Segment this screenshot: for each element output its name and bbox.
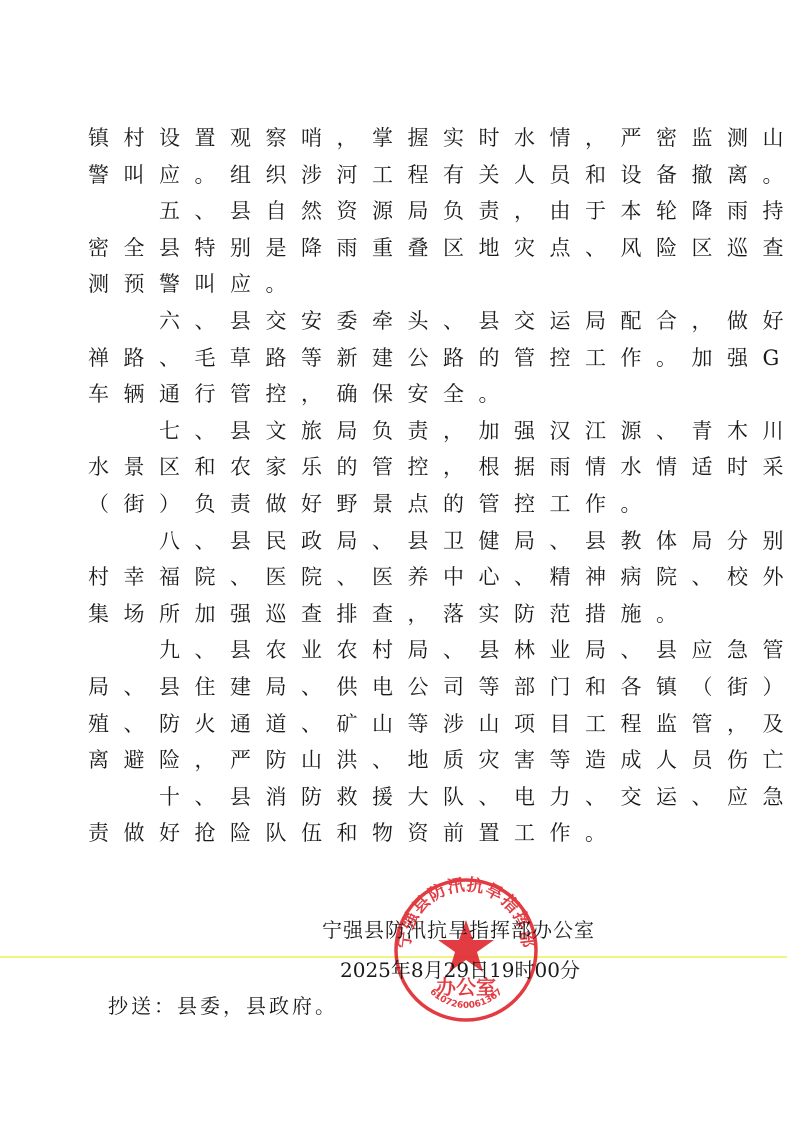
- body-line: 集场所加强巡查排查，落实防范措施。: [88, 596, 703, 633]
- document-page: 镇村设置观察哨，掌握实时水情，严密监测山洪危险区，及时预 警叫应。组织涉河工程有…: [0, 0, 793, 1121]
- paragraph-8-line: 八、县民政局、县卫健局、县教体局分别负责对敬老院、农: [88, 523, 703, 560]
- body-line: 殖、防火通道、矿山等涉山项目工程监管，及时组织施工人员撤: [88, 706, 703, 743]
- paragraph-7-line: 七、县文旅局负责，加强汉江源、青木川、草川子等涉山涉: [88, 413, 703, 450]
- body-line: 离避险，严防山洪、地质灾害等造成人员伤亡。: [88, 742, 703, 779]
- body-line: 责做好抢险队伍和物资前置工作。: [88, 815, 703, 852]
- body-line: 车辆通行管控，确保安全。: [88, 376, 703, 413]
- cc-line: 抄送：县委，县政府。: [108, 990, 338, 1019]
- body-line: 测预警叫应。: [88, 266, 703, 303]
- body-line: 密全县特别是降雨重叠区地灾点、风险区巡查排查频次，及时监: [88, 230, 703, 267]
- paragraph-10-line: 十、县消防救援大队、电力、交运、应急、通信等部门按职: [88, 779, 703, 816]
- official-seal-icon: 宁强县防汛抗旱指挥部 办公室 6107260061367: [392, 876, 540, 1024]
- paragraph-6-line: 六、县交安委牵头、县交运局配合，做好全县道路特别是大: [88, 303, 703, 340]
- body-line: 局、县住建局、供电公司等部门和各镇（街）负责加强林下种养: [88, 669, 703, 706]
- body-line: 水景区和农家乐的管控，根据雨情水情适时采取闭园措施。各镇: [88, 449, 703, 486]
- body-line: 警叫应。组织涉河工程有关人员和设备撤离。: [88, 157, 703, 194]
- signature-organization: 宁强县防汛抗旱指挥部办公室: [322, 914, 595, 943]
- body-line: （街）负责做好野景点的管控工作。: [88, 486, 703, 523]
- document-body: 镇村设置观察哨，掌握实时水情，严密监测山洪危险区，及时预 警叫应。组织涉河工程有…: [88, 120, 703, 852]
- paragraph-9-line: 九、县农业农村局、县林业局、县应急管理局、县生态环境: [88, 632, 703, 669]
- body-line: 村幸福院、医院、医养中心、精神病院、校外培训机构等人员密: [88, 559, 703, 596]
- paragraph-5-line: 五、县自然资源局负责，由于本轮降雨持续时间较长，要加: [88, 193, 703, 230]
- signature-datetime: 2025年8月29日19时00分: [340, 954, 580, 983]
- body-line: 镇村设置观察哨，掌握实时水情，严密监测山洪危险区，及时预: [88, 120, 703, 157]
- body-line: 禅路、毛草路等新建公路的管控工作。加强G108国道危化品运输: [88, 340, 703, 377]
